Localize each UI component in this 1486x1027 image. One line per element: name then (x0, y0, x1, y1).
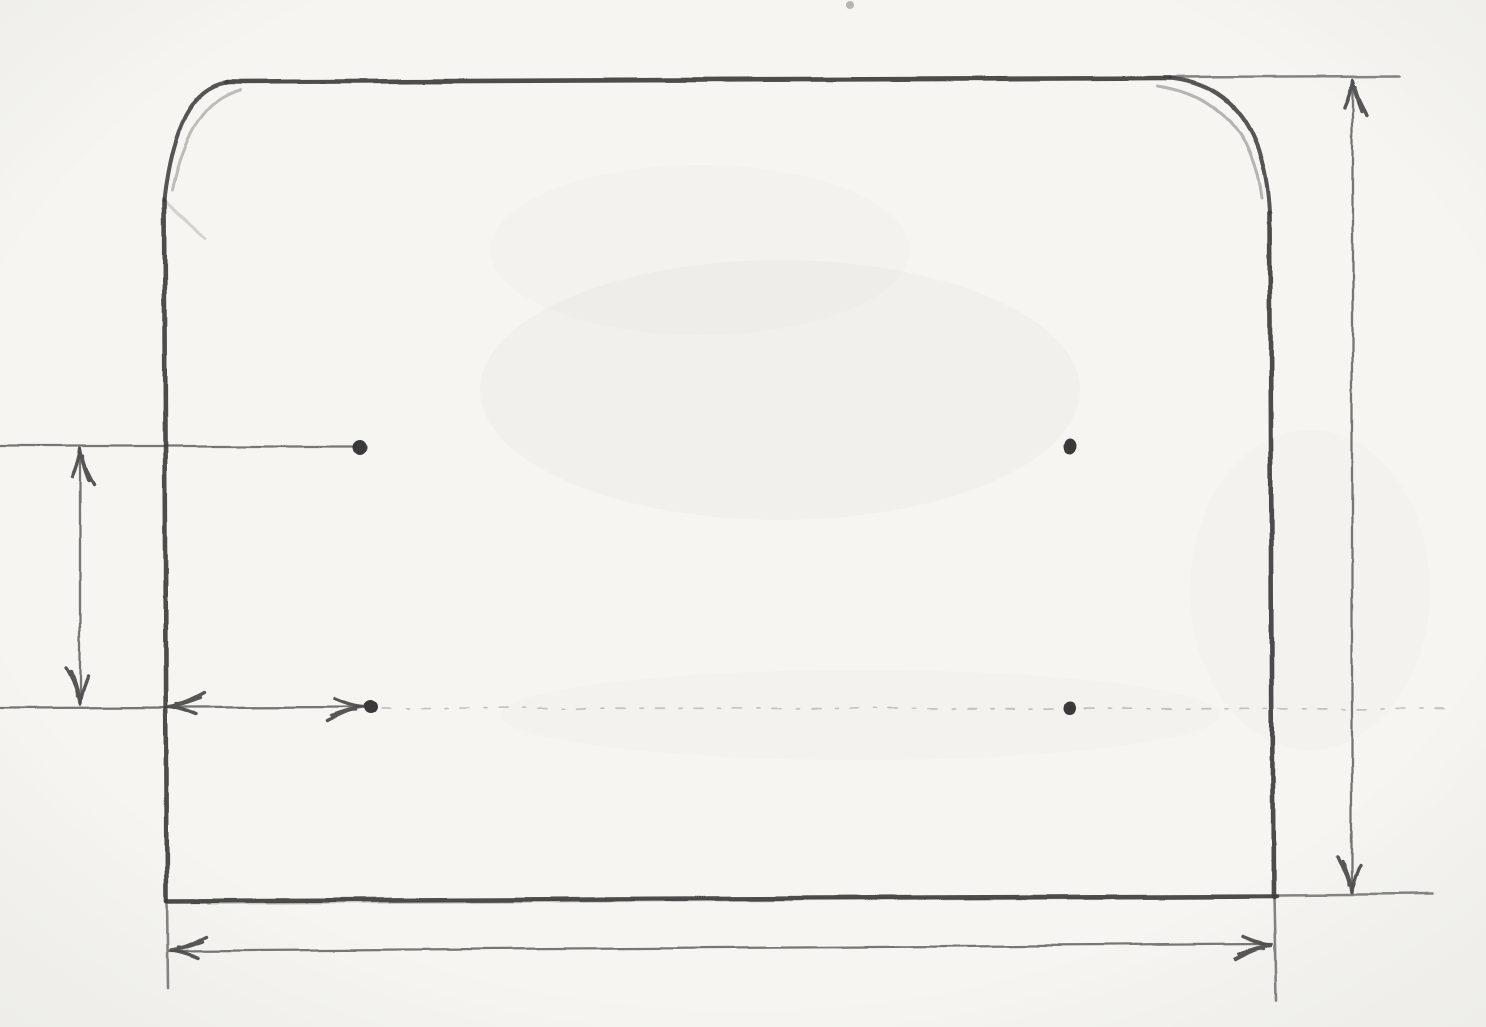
paper-grain-layer (0, 0, 1486, 1027)
paper-grain-overlay (0, 0, 1486, 1027)
sketch-page (0, 0, 1486, 1027)
pencil-sketch-drawing (0, 0, 1486, 1027)
